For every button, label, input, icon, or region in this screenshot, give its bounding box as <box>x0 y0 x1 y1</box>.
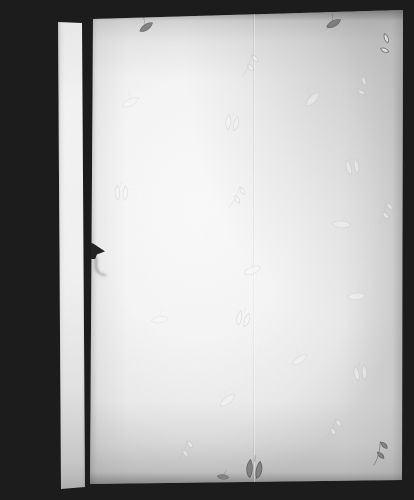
wallpaper-motif-sprig <box>169 434 200 465</box>
wallpaper-motif-leaf <box>340 280 372 312</box>
wallpaper-motif-outline-pair <box>366 28 402 64</box>
wallpaper-motif-leaf <box>211 465 234 488</box>
wallpaper-motif-leaf <box>146 306 175 335</box>
wallpaper-motif-sprig <box>369 196 401 228</box>
frame-strip <box>56 20 87 492</box>
wallpaper-seam <box>253 8 254 486</box>
wallpaper-motif-leaf <box>294 81 331 118</box>
wallpaper-motif-leaf <box>320 10 348 38</box>
wallpaper-motif-pair <box>225 300 261 336</box>
grain-texture <box>56 20 87 492</box>
wallpaper-motif-sprig <box>235 49 265 79</box>
wallpaper-motif-sprig <box>317 412 350 445</box>
wallpaper-motif-leaf <box>324 207 359 242</box>
photo-backdrop <box>0 0 414 500</box>
wallpaper-motif-sprig <box>221 180 254 213</box>
wallpaper-motif-leaf <box>209 382 244 417</box>
wallpaper-motif-leaf <box>132 13 160 41</box>
grain-texture <box>88 8 406 486</box>
wallpaper-motif-outline-pair <box>345 72 377 104</box>
wallpaper-motif-leaf <box>237 255 267 285</box>
wallpaper-motif-pair <box>106 177 136 207</box>
wallpaper-motif-pair <box>334 148 370 184</box>
wallpaper-motif-sprig <box>362 434 398 470</box>
wallpaper-panel <box>88 8 406 486</box>
wallpaper-motif-pair <box>343 355 378 390</box>
wallpaper-motif-leaf <box>114 86 145 117</box>
wallpaper-motif-leaf <box>284 344 316 376</box>
wallpaper-motif-pair <box>215 105 250 140</box>
